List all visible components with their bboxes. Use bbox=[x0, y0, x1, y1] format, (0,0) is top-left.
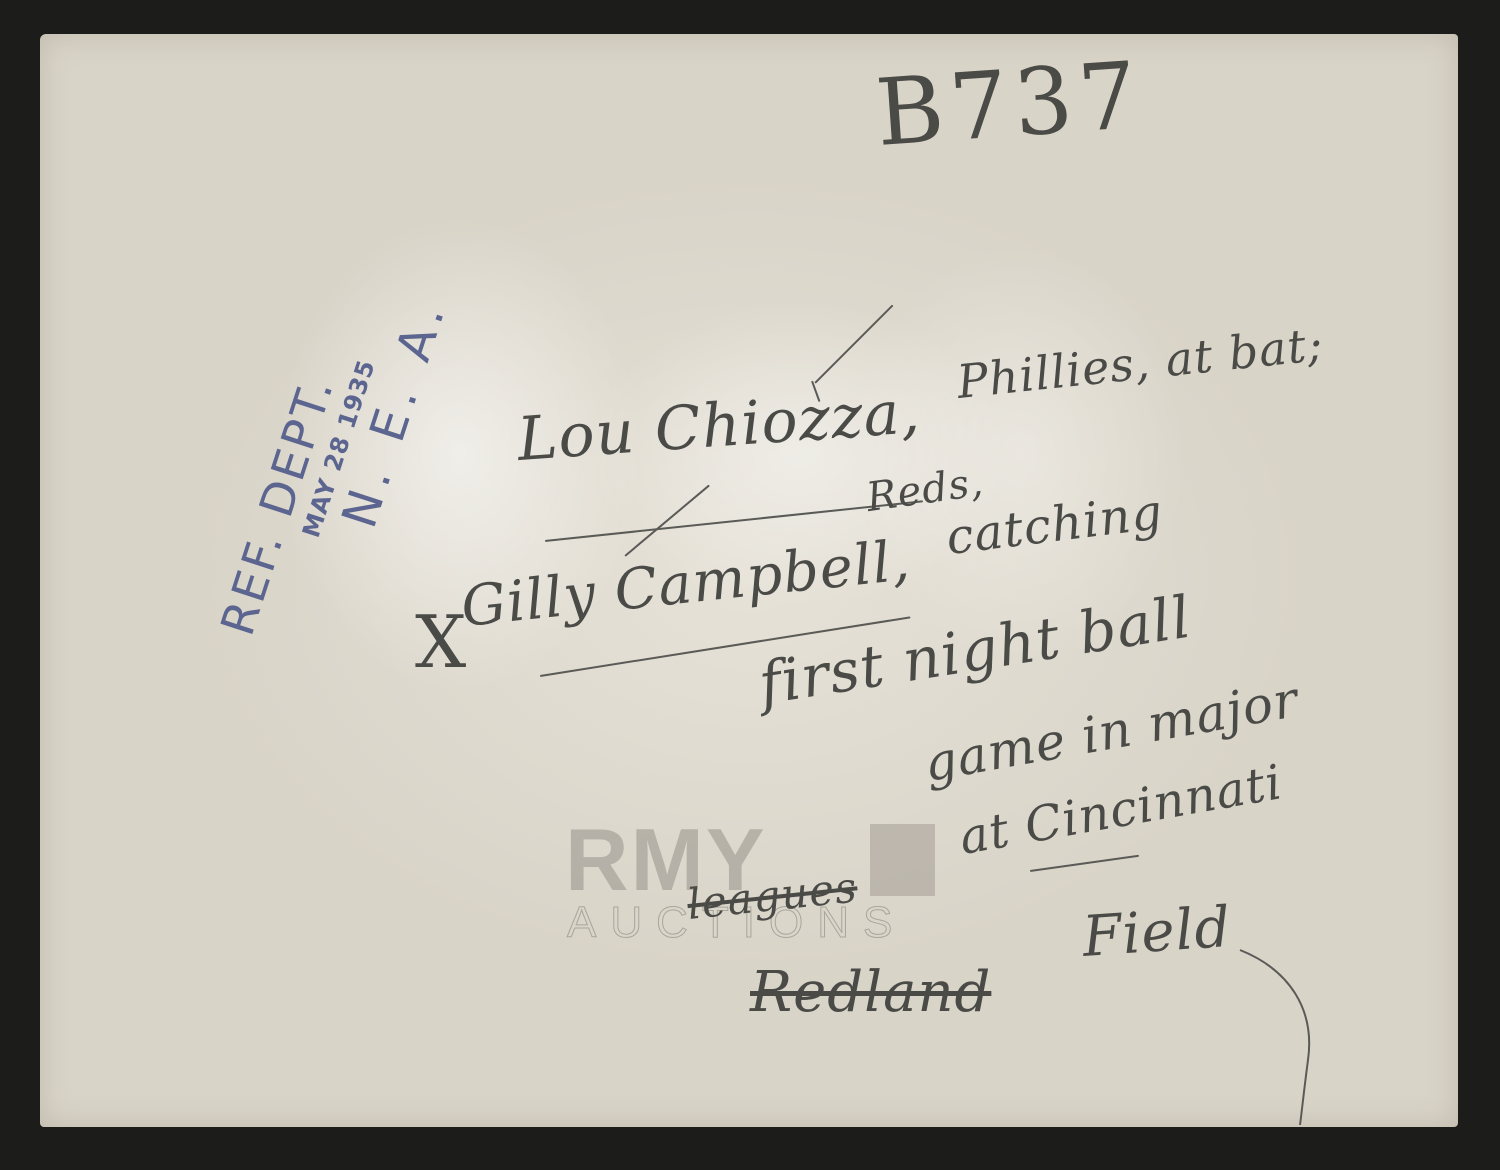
note-field: Field bbox=[1080, 895, 1233, 970]
note-redland-struck: Redland bbox=[750, 960, 991, 1025]
note-x-mark: X bbox=[415, 600, 467, 684]
catalog-number: B737 bbox=[873, 42, 1147, 167]
pencil-trailing-stroke bbox=[1230, 940, 1330, 1130]
